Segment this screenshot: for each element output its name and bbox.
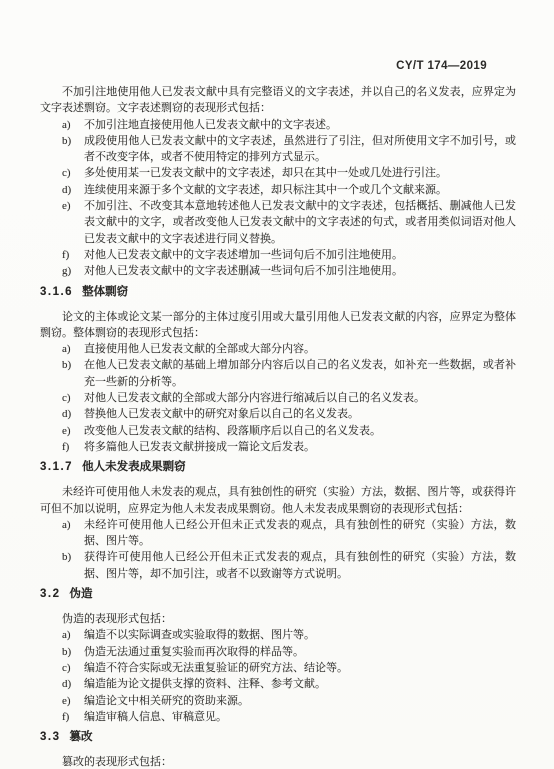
- list-item: a)编造不以实际调查或实验取得的数据、图片等。: [40, 627, 516, 643]
- list-item-marker: c): [62, 390, 71, 406]
- list-item-text: 不加引注、不改变其本意地转述他人已发表文献中的文字表述，包括概括、删减他人已发表…: [84, 200, 516, 245]
- list-item-marker: a): [62, 517, 71, 533]
- list-item-marker: b): [62, 357, 71, 373]
- list-item-text: 未经许可使用他人已经公开但未正式发表的观点，具有独创性的研究（实验）方法，数据、…: [84, 519, 516, 547]
- list-item-marker: b): [62, 644, 71, 660]
- section-number: 3.3: [40, 731, 61, 743]
- lettered-list: a)不加引注地直接使用他人已发表文献中的文字表述。 b)成段使用他人已发表文献中…: [40, 117, 516, 280]
- list-item: f)将多篇他人已发表文献拼接成一篇论文后发表。: [40, 439, 516, 455]
- section-heading: 3.1.6整体剽窃: [40, 284, 516, 301]
- list-item: c)对他人已发表文献的全部或大部分内容进行缩减后以自己的名义发表。: [40, 390, 516, 406]
- list-item-marker: d): [62, 676, 71, 692]
- section-heading: 3.3篡改: [40, 729, 516, 746]
- list-item-marker: e): [62, 423, 71, 439]
- list-item-marker: b): [62, 549, 71, 565]
- list-item-marker: c): [62, 660, 71, 676]
- section-number: 3.2: [40, 588, 61, 600]
- list-item-text: 编造不以实际调查或实验取得的数据、图片等。: [84, 629, 315, 641]
- list-item-marker: a): [62, 627, 71, 643]
- list-item-text: 将多篇他人已发表文献拼接成一篇论文后发表。: [84, 441, 315, 453]
- list-item-text: 编造审稿人信息、审稿意见。: [84, 711, 227, 723]
- list-item: f)对他人已发表文献中的文字表述增加一些词句后不加引注地使用。: [40, 247, 516, 263]
- list-item-marker: e): [62, 198, 71, 214]
- list-item-text: 替换他人已发表文献中的研究对象后以自己的名义发表。: [84, 408, 359, 420]
- lettered-list: a)直接使用他人已发表文献的全部或大部分内容。 b)在他人已发表文献的基础上增加…: [40, 341, 516, 455]
- list-item: b)在他人已发表文献的基础上增加部分内容后以自己的名义发表，如补充一些数据，或者…: [40, 357, 516, 390]
- list-item-marker: a): [62, 341, 71, 357]
- list-item-text: 成段使用他人已发表文献中的文字表述，虽然进行了引注，但对所使用文字不加引号，或者…: [84, 135, 516, 163]
- paragraph: 不加引注地使用他人已发表文献中具有完整语义的文字表述，并以自己的名义发表，应界定…: [40, 84, 516, 117]
- paragraph: 伪造的表现形式包括：: [40, 611, 516, 627]
- list-item-text: 伪造无法通过重复实验而再次取得的样品等。: [84, 646, 304, 658]
- list-item-text: 获得许可使用他人已经公开但未正式发表的观点，具有独创性的研究（实验）方法，数据、…: [84, 551, 516, 579]
- section-title: 整体剽窃: [82, 286, 128, 298]
- list-item-text: 不加引注地直接使用他人已发表文献中的文字表述。: [84, 119, 337, 131]
- list-item-text: 编造不符合实际或无法重复验证的研究方法、结论等。: [84, 662, 348, 674]
- list-item-marker: b): [62, 133, 71, 149]
- list-item-text: 直接使用他人已发表文献的全部或大部分内容。: [84, 343, 315, 355]
- list-item-text: 连续使用来源于多个文献的文字表述，却只标注其中一个或几个文献来源。: [84, 184, 447, 196]
- doc-code-header: CY/T 174—2019: [396, 60, 487, 72]
- section-title: 伪造: [70, 588, 93, 600]
- list-item: a)未经许可使用他人已经公开但未正式发表的观点，具有独创性的研究（实验）方法，数…: [40, 517, 516, 550]
- list-item-marker: d): [62, 182, 71, 198]
- list-item: e)改变他人已发表文献的结构、段落顺序后以自己的名义发表。: [40, 423, 516, 439]
- paragraph: 未经许可使用他人未发表的观点，具有独创性的研究（实验）方法，数据、图片等，或获得…: [40, 484, 516, 517]
- list-item-text: 多处使用某一已发表文献中的文字表述，却只在其中一处或几处进行引注。: [84, 167, 447, 179]
- list-item: d)连续使用来源于多个文献的文字表述，却只标注其中一个或几个文献来源。: [40, 182, 516, 198]
- list-item-text: 在他人已发表文献的基础上增加部分内容后以自己的名义发表，如补充一些数据，或者补充…: [84, 359, 516, 387]
- list-item-text: 对他人已发表文献中的文字表述删减一些词句后不加引注地使用。: [84, 265, 403, 277]
- list-item: e)不加引注、不改变其本意地转述他人已发表文献中的文字表述，包括概括、删减他人已…: [40, 198, 516, 247]
- paragraph: 篡改的表现形式包括：: [40, 754, 516, 769]
- document-page: CY/T 174—2019 不加引注地使用他人已发表文献中具有完整语义的文字表述…: [0, 0, 554, 769]
- list-item-marker: d): [62, 406, 71, 422]
- list-item-marker: f): [62, 709, 69, 725]
- section-title: 他人未发表成果剽窃: [82, 461, 186, 473]
- section-title: 篡改: [70, 731, 93, 743]
- list-item-text: 编造能为论文提供支撑的资料、注释、参考文献。: [84, 678, 326, 690]
- list-item: a)不加引注地直接使用他人已发表文献中的文字表述。: [40, 117, 516, 133]
- section-number: 3.1.7: [40, 461, 73, 473]
- list-item: c)多处使用某一已发表文献中的文字表述，却只在其中一处或几处进行引注。: [40, 165, 516, 181]
- lettered-list: a)未经许可使用他人已经公开但未正式发表的观点，具有独创性的研究（实验）方法，数…: [40, 517, 516, 582]
- list-item-text: 编造论文中相关研究的资助来源。: [84, 695, 249, 707]
- section-heading: 3.2伪造: [40, 586, 516, 603]
- list-item: d)编造能为论文提供支撑的资料、注释、参考文献。: [40, 676, 516, 692]
- list-item: b)伪造无法通过重复实验而再次取得的样品等。: [40, 644, 516, 660]
- section-heading: 3.1.7他人未发表成果剽窃: [40, 459, 516, 476]
- list-item: a)直接使用他人已发表文献的全部或大部分内容。: [40, 341, 516, 357]
- list-item-text: 改变他人已发表文献的结构、段落顺序后以自己的名义发表。: [84, 425, 381, 437]
- list-item-marker: e): [62, 693, 71, 709]
- page-content: 不加引注地使用他人已发表文献中具有完整语义的文字表述，并以自己的名义发表，应界定…: [40, 84, 516, 769]
- list-item-marker: a): [62, 117, 71, 133]
- lettered-list: a)编造不以实际调查或实验取得的数据、图片等。 b)伪造无法通过重复实验而再次取…: [40, 627, 516, 725]
- list-item: d)替换他人已发表文献中的研究对象后以自己的名义发表。: [40, 406, 516, 422]
- list-item-text: 对他人已发表文献的全部或大部分内容进行缩减后以自己的名义发表。: [84, 392, 425, 404]
- list-item: f)编造审稿人信息、审稿意见。: [40, 709, 516, 725]
- section-number: 3.1.6: [40, 286, 73, 298]
- list-item: c)编造不符合实际或无法重复验证的研究方法、结论等。: [40, 660, 516, 676]
- list-item: g)对他人已发表文献中的文字表述删减一些词句后不加引注地使用。: [40, 263, 516, 279]
- list-item: b)成段使用他人已发表文献中的文字表述，虽然进行了引注，但对所使用文字不加引号，…: [40, 133, 516, 166]
- paragraph: 论文的主体或论文某一部分的主体过度引用或大量引用他人已发表文献的内容，应界定为整…: [40, 309, 516, 342]
- list-item-marker: g): [62, 263, 71, 279]
- list-item: b)获得许可使用他人已经公开但未正式发表的观点，具有独创性的研究（实验）方法，数…: [40, 549, 516, 582]
- list-item-marker: c): [62, 165, 71, 181]
- list-item-text: 对他人已发表文献中的文字表述增加一些词句后不加引注地使用。: [84, 249, 403, 261]
- list-item-marker: f): [62, 247, 69, 263]
- list-item-marker: f): [62, 439, 69, 455]
- list-item: e)编造论文中相关研究的资助来源。: [40, 693, 516, 709]
